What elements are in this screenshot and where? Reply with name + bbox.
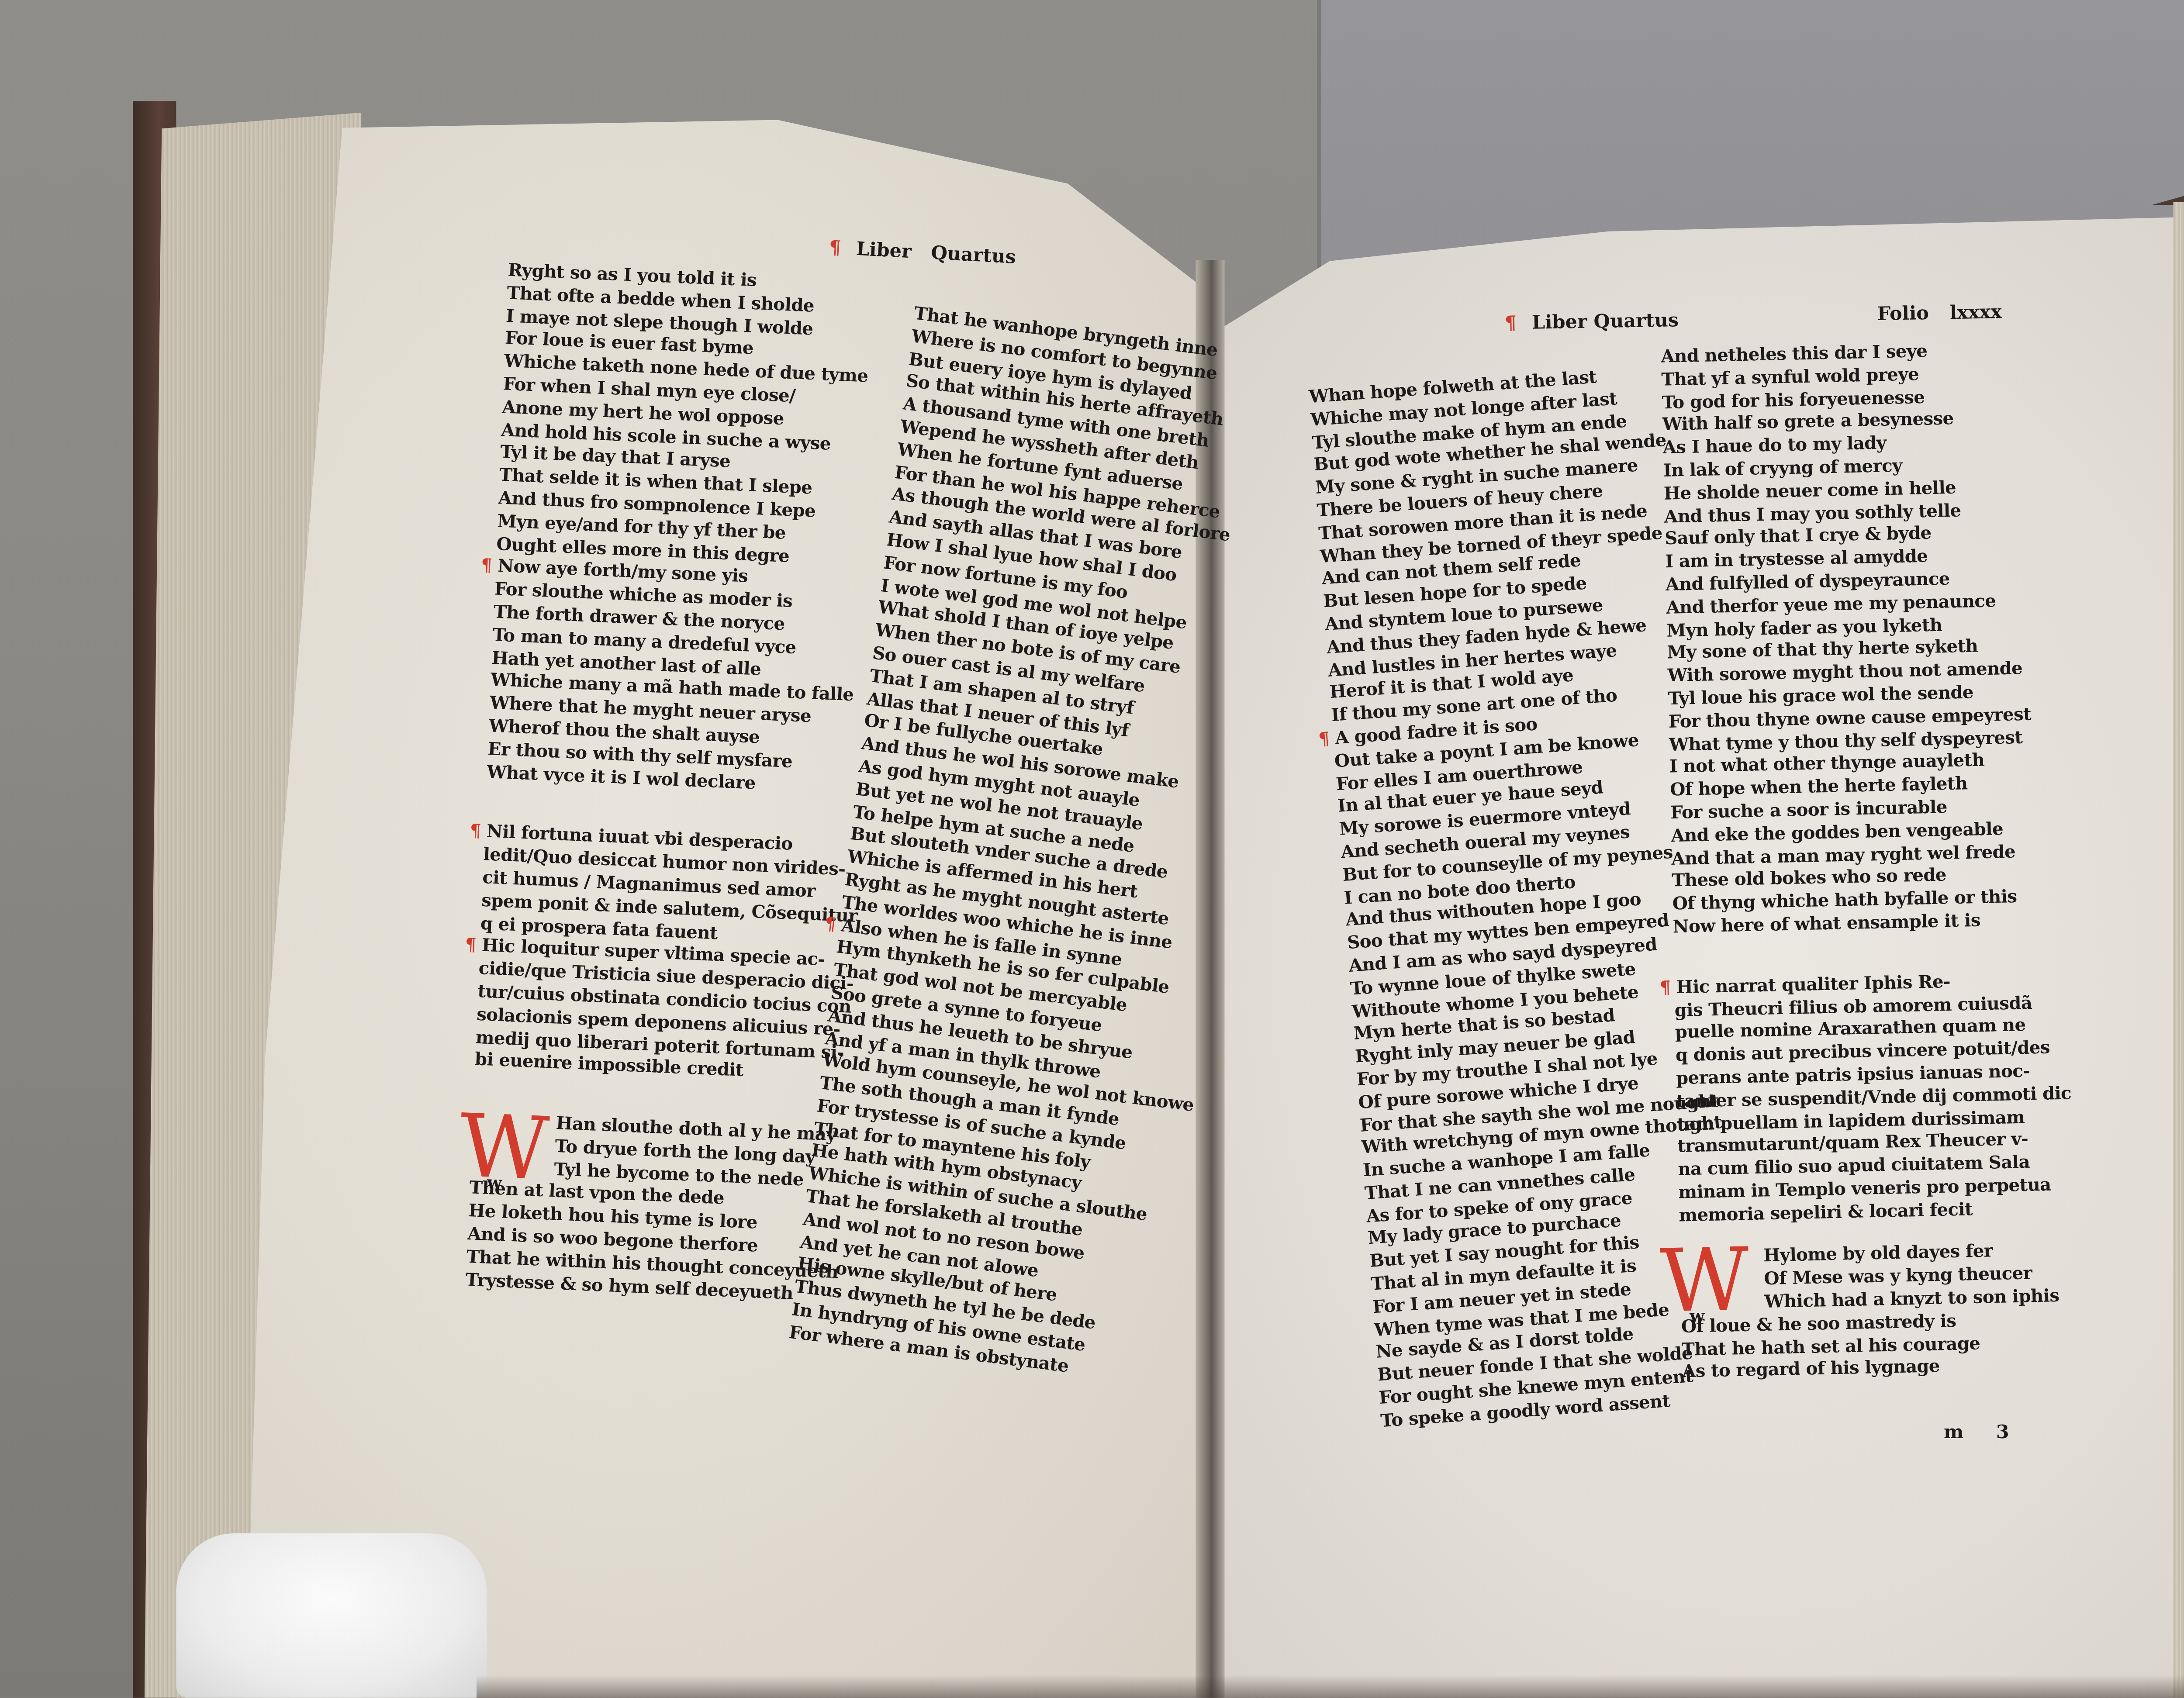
paragraph-mark-icon: ¶	[465, 935, 477, 956]
page-block-right	[2174, 202, 2184, 1698]
guide-letter: w	[1689, 1273, 1705, 1360]
paragraph-mark-icon: ¶	[480, 556, 492, 576]
verse-block: Han slouthe doth al y he mayTo dryue for…	[553, 1113, 849, 1194]
latin-gloss: ¶Hic narrat qualiter Iphis Re-gis Theucr…	[1674, 969, 2074, 1228]
paragraph-mark-icon: ¶	[1318, 728, 1330, 749]
photo-stage: ¶ Liber Quartus Ryght so as I you told i…	[0, 0, 2184, 1698]
verse-block: ¶Now aye forth/my sone yisFor slouthe wh…	[486, 556, 871, 800]
right-page-column-2: And netheles this dar I seyeThat yf a sy…	[1661, 338, 2077, 1385]
illuminated-initial: W w	[458, 1104, 550, 1194]
verse-block: ¶Also when he is falle in synneHym thynk…	[788, 915, 1211, 1390]
illuminated-initial: W w	[1659, 1238, 1749, 1326]
paragraph-mark-icon: ¶	[829, 238, 842, 260]
right-running-head: ¶ Liber Quartus	[1504, 311, 1679, 335]
paragraph-mark-icon: ¶	[824, 913, 837, 934]
verse-block: Hylome by old dayes ferOf Mese was y kyn…	[1763, 1240, 2076, 1315]
latin-gloss: ¶Nil fortuna iuuat vbi desperacioledit/Q…	[480, 821, 860, 951]
paragraph-mark-icon: ¶	[1504, 313, 1517, 335]
verse-block: Ryght so as I you told it isThat ofte a …	[496, 260, 884, 572]
verse-block: And netheles this dar I seyeThat yf a sy…	[1661, 338, 2068, 939]
signature-mark: m 3	[1944, 1422, 2009, 1444]
shadow	[477, 1675, 2184, 1698]
paragraph-mark-icon: ¶	[1659, 977, 1671, 997]
verse-block: That he wanhope bryngeth inneWhere is no…	[840, 303, 1286, 960]
book-support-cushion	[176, 1533, 487, 1698]
latin-gloss: ¶Hic loquitur super vltima specie ac-cid…	[474, 935, 856, 1088]
paragraph-mark-icon: ¶	[470, 821, 481, 842]
verse-block-with-initial: W w Hylome by old dayes ferOf Mese was y…	[1679, 1240, 2076, 1317]
verse-block: Whan hope folweth at the lastWhiche may …	[1308, 362, 1692, 728]
folio-number: Folio lxxxx	[1877, 302, 2002, 326]
